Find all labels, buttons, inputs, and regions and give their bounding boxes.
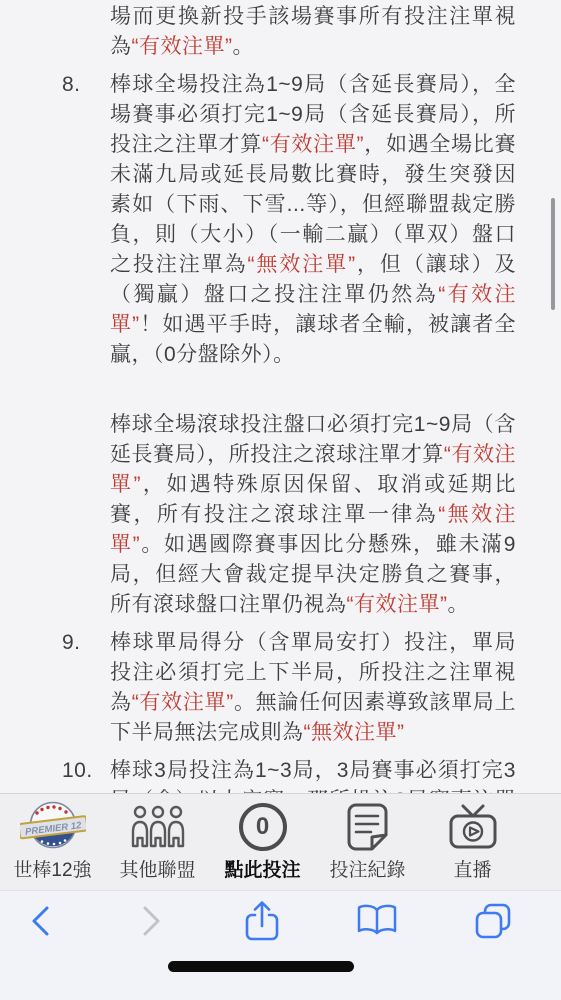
tabs-button[interactable] <box>469 899 517 947</box>
list-marker <box>62 410 110 620</box>
page-content: 場而更換新投手該場賽事所有投注注單視為“有效注單”。8.棒球全場投注為1~9局（… <box>0 0 561 793</box>
tabs-icon <box>473 901 513 946</box>
rule-paragraph: 場而更換新投手該場賽事所有投注注單視為“有效注單”。 <box>62 2 516 62</box>
highlighted-term: “有效注單” <box>132 691 234 714</box>
text-segment: ！如遇平手時，讓球者全輸，被讓者全贏，（0分盤除外）。 <box>110 313 516 366</box>
highlighted-term: “無效注單” <box>304 721 405 744</box>
book-icon <box>355 903 399 944</box>
list-marker: 9. <box>62 628 110 748</box>
rule-text: 棒球全場滾球投注盤口必須打完1~9局（含延長賽局），所投注之滾球注單才算“有效注… <box>110 410 516 620</box>
highlighted-term: “有效注單” <box>262 133 364 156</box>
nav-label: 其他聯盟 <box>119 855 195 882</box>
rule-text: 棒球全場投注為1~9局（含延長賽局），全場賽事必須打完1~9局（含延長賽局），所… <box>110 70 516 370</box>
people-icon <box>130 800 186 854</box>
bet-count-badge: 0 <box>256 813 269 841</box>
forward-button <box>127 899 175 947</box>
betting-rules-list: 場而更換新投手該場賽事所有投注注單視為“有效注單”。8.棒球全場投注為1~9局（… <box>62 2 516 793</box>
records-icon <box>345 800 391 854</box>
list-marker: 10. <box>62 756 110 793</box>
rule-paragraph: 9.棒球單局得分（含單局安打）投注，單局投注必須打完上下半局，所投注之注單視為“… <box>62 628 516 748</box>
nav-item-bet-zero[interactable]: 0點此投注 <box>210 794 315 882</box>
list-marker <box>62 2 110 62</box>
rule-text: 場而更換新投手該場賽事所有投注注單視為“有效注單”。 <box>110 2 516 62</box>
live-icon <box>447 800 499 854</box>
forward-chevron-icon <box>138 904 164 943</box>
scrollbar-thumb[interactable] <box>551 198 555 310</box>
home-indicator[interactable] <box>168 961 354 972</box>
back-chevron-icon <box>28 904 54 943</box>
nav-label: 投注紀錄 <box>329 855 405 882</box>
list-marker: 8. <box>62 70 110 370</box>
back-button[interactable] <box>17 899 65 947</box>
rule-paragraph: 棒球全場滾球投注盤口必須打完1~9局（含延長賽局），所投注之滾球注單才算“有效注… <box>62 410 516 620</box>
bet-count-circle-icon: 0 <box>239 803 287 851</box>
bookmarks-button[interactable] <box>353 899 401 947</box>
rule-paragraph: 8.棒球全場投注為1~9局（含延長賽局），全場賽事必須打完1~9局（含延長賽局）… <box>62 70 516 370</box>
nav-items: PREMIER 12世棒12強其他聯盟0點此投注投注紀錄直播 <box>0 794 525 882</box>
rule-text: 棒球單局得分（含單局安打）投注，單局投注必須打完上下半局，所投注之注單視為“有效… <box>110 628 516 748</box>
rule-text: 棒球3局投注為1~3局，3局賽事必須打完3局（含）以上完賽，那所投注3局賽事注單… <box>110 756 516 793</box>
highlighted-term: “無效注單” <box>248 253 356 276</box>
nav-item-live[interactable]: 直播 <box>420 794 525 882</box>
highlighted-term: “有效注單” <box>347 593 448 616</box>
site-bottom-nav: PREMIER 12世棒12強其他聯盟0點此投注投注紀錄直播 <box>0 793 561 890</box>
nav-item-records[interactable]: 投注紀錄 <box>315 794 420 882</box>
text-segment: 。 <box>448 593 470 616</box>
nav-item-people[interactable]: 其他聯盟 <box>105 794 210 882</box>
rule-paragraph: 10.棒球3局投注為1~3局，3局賽事必須打完3局（含）以上完賽，那所投注3局賽… <box>62 756 516 793</box>
nav-label: 點此投注 <box>224 855 300 882</box>
bet-zero-icon: 0 <box>239 800 287 854</box>
highlighted-term: “有效注單” <box>132 35 233 58</box>
share-icon <box>243 899 281 948</box>
share-button[interactable] <box>238 899 286 947</box>
nav-item-premier12-logo[interactable]: PREMIER 12世棒12強 <box>0 794 105 882</box>
text-segment: 棒球3局投注為1~3局，3局賽事必須打完3局（含）以上完賽，那所投注3局賽事注單… <box>110 759 516 793</box>
safari-screen: 場而更換新投手該場賽事所有投注注單視為“有效注單”。8.棒球全場投注為1~9局（… <box>0 0 561 1000</box>
nav-label: 直播 <box>453 855 491 882</box>
safari-toolbar <box>0 890 561 1000</box>
premier12-logo-icon: PREMIER 12 <box>20 800 86 854</box>
text-segment: 。 <box>233 35 255 58</box>
nav-label: 世棒12強 <box>13 855 91 882</box>
